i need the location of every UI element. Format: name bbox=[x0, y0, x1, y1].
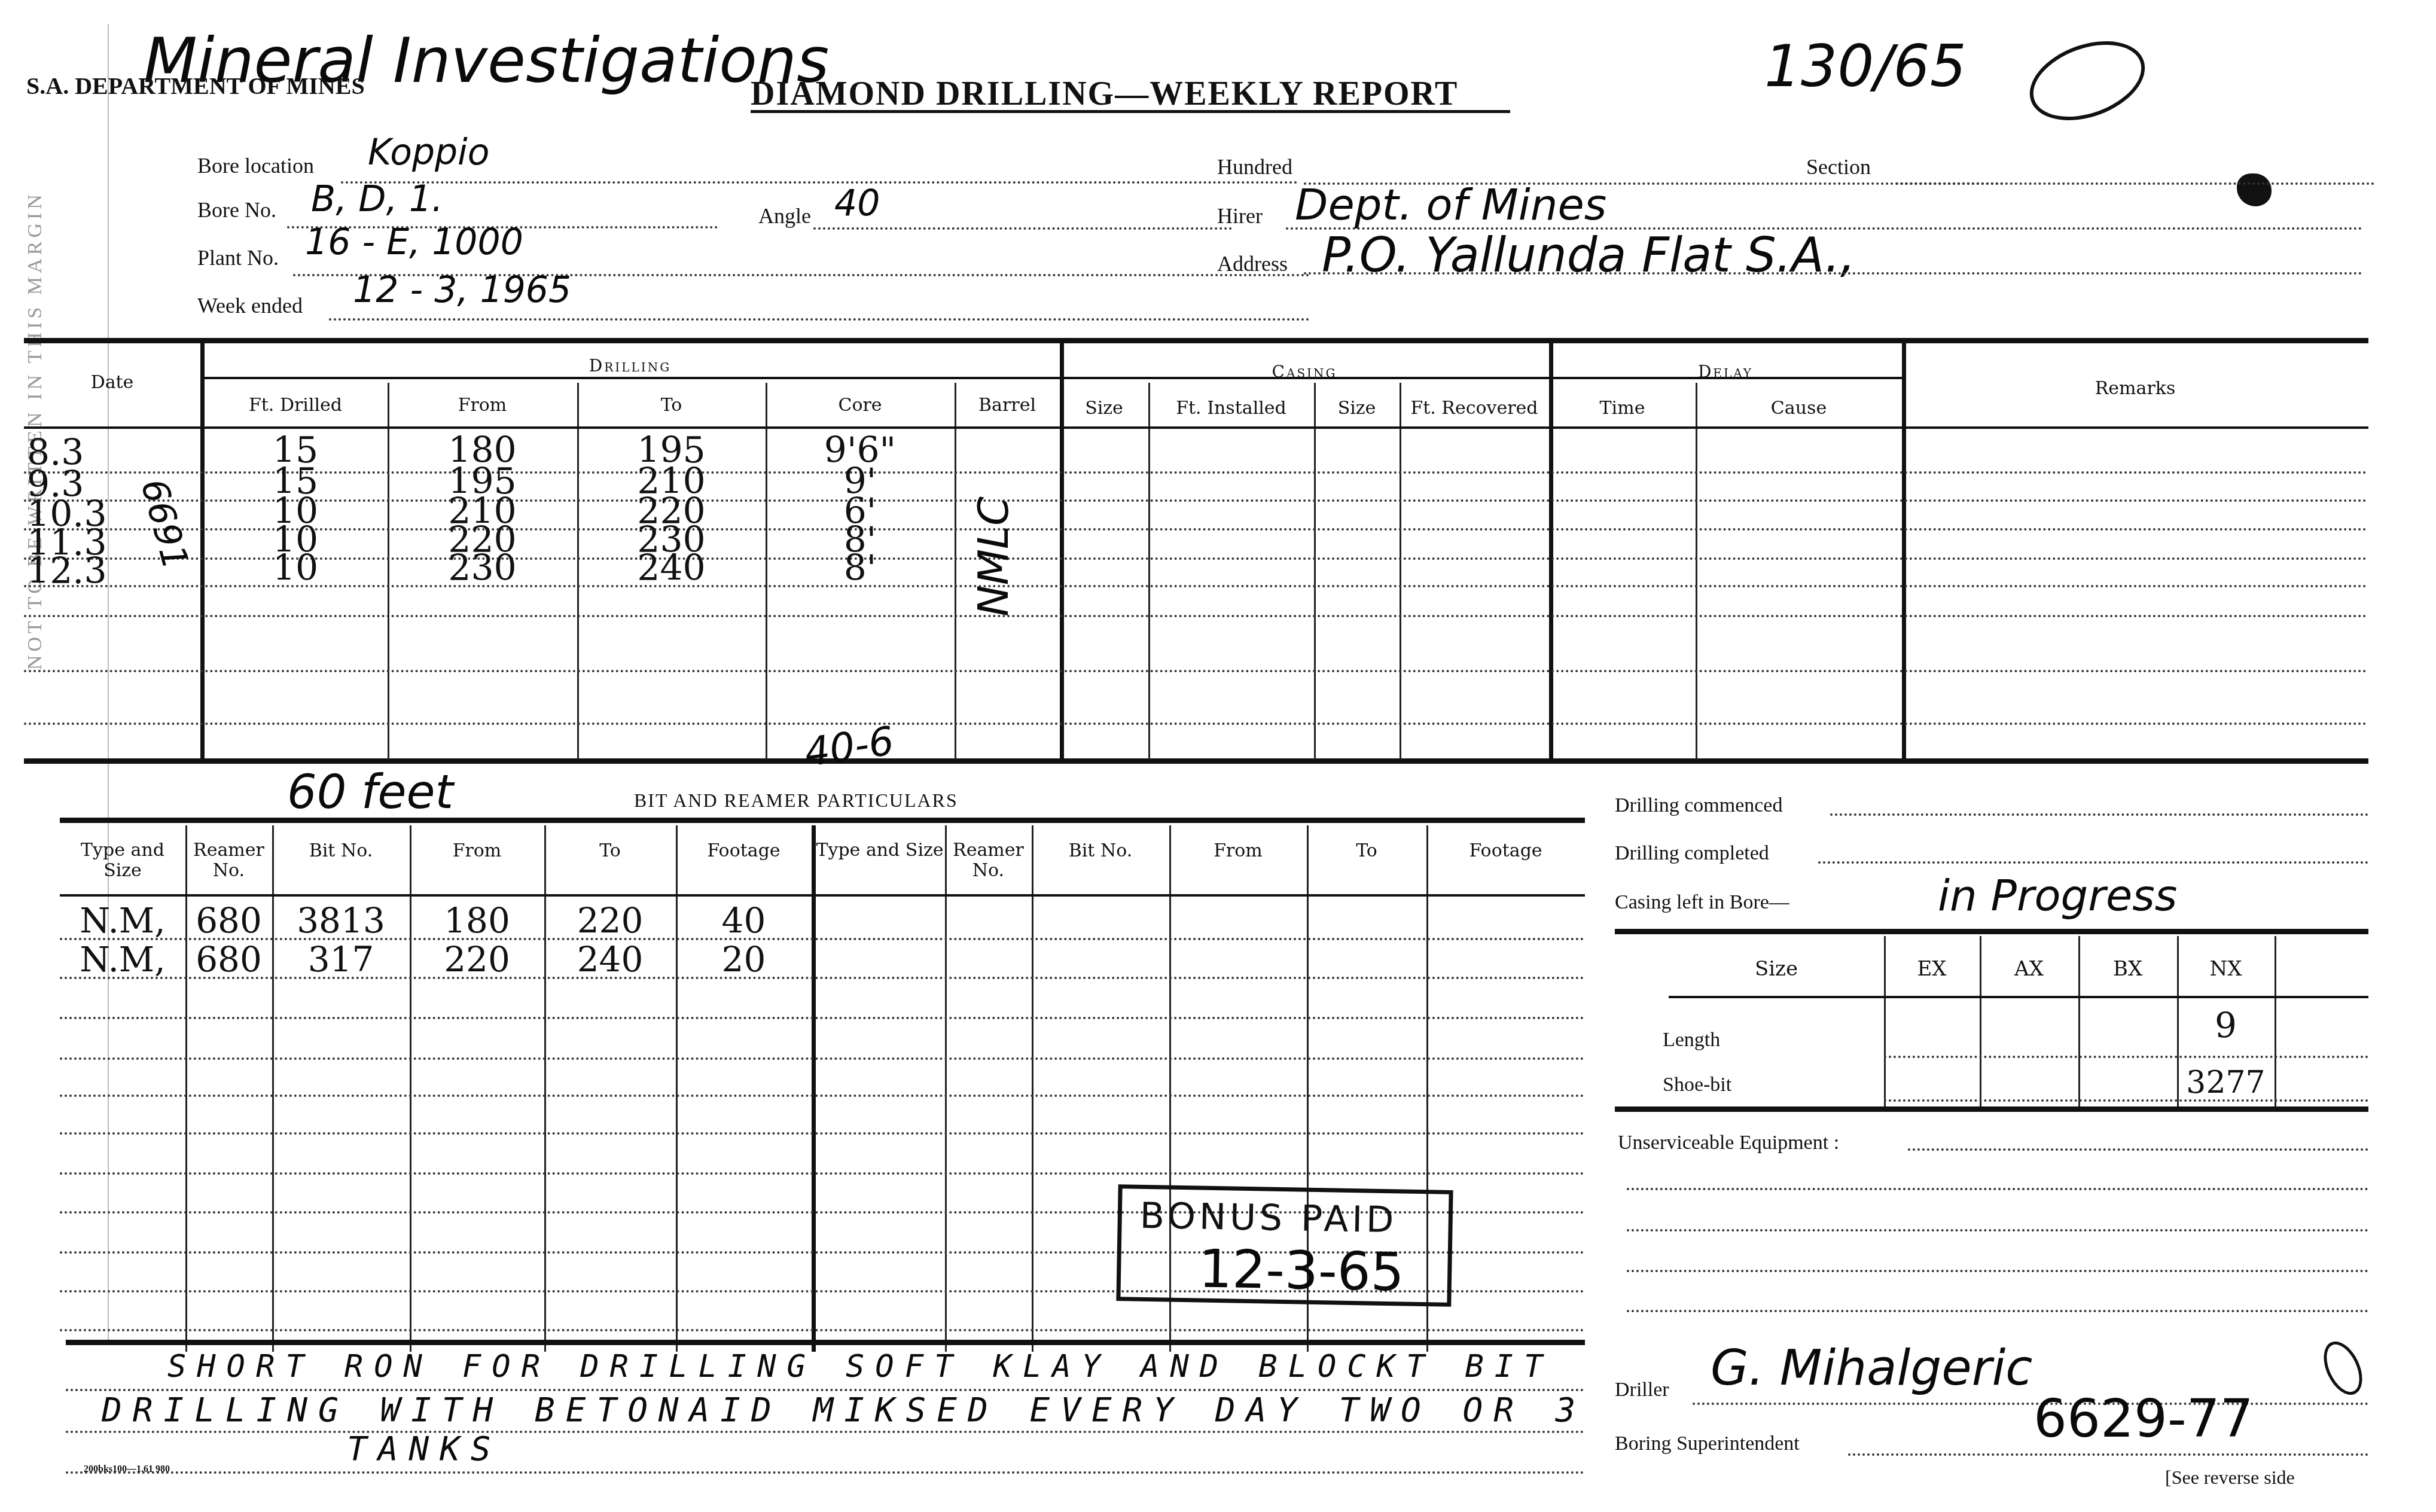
casing-table-top-rule bbox=[1615, 929, 2368, 934]
br-cell-type-size[interactable]: N.M, bbox=[60, 900, 185, 941]
see-reverse-side: [See reverse side bbox=[2165, 1467, 2295, 1489]
br-cell-to[interactable]: 240 bbox=[544, 939, 676, 980]
group-drilling: Drilling bbox=[200, 356, 1060, 376]
hirer-label: Hirer bbox=[1217, 203, 1263, 228]
driller-signature[interactable]: G. Mihalgeric bbox=[1711, 1340, 2032, 1397]
remarks-line-3[interactable]: TANKS bbox=[347, 1429, 502, 1468]
hundred-label: Hundred bbox=[1217, 154, 1292, 179]
department-name: S.A. DEPARTMENT OF MINES bbox=[26, 72, 365, 100]
section-label: Section bbox=[1806, 154, 1871, 179]
col-casing-size-2: Size bbox=[1314, 398, 1400, 419]
col-from: From bbox=[388, 395, 577, 416]
bonus-paid-stamp: BONUS PAID 12-3-65 bbox=[1116, 1184, 1453, 1307]
br-cell-footage[interactable]: 20 bbox=[676, 939, 812, 980]
form-title: DIAMOND DRILLING—WEEKLY REPORT bbox=[751, 75, 1458, 113]
casing-size-label: Size bbox=[1669, 957, 1884, 981]
core-total[interactable]: 40-6 bbox=[801, 718, 897, 776]
br-col-to-2: To bbox=[1307, 840, 1426, 861]
col-delay-cause: Cause bbox=[1696, 398, 1902, 419]
col-date: Date bbox=[24, 372, 200, 393]
casing-table-bottom-rule bbox=[1615, 1106, 2368, 1112]
driller-line bbox=[1693, 1403, 2368, 1405]
drilling-table-top-rule bbox=[24, 338, 2368, 343]
address-label: Address bbox=[1217, 251, 1288, 276]
br-cell-from[interactable]: 220 bbox=[410, 939, 544, 980]
stamp-line-1: BONUS PAID bbox=[1139, 1195, 1398, 1242]
angle-label: Angle bbox=[758, 203, 811, 228]
bore-no-value[interactable]: B, D, 1. bbox=[311, 178, 443, 220]
section-line bbox=[1896, 182, 2374, 185]
br-col-footage: Footage bbox=[676, 840, 812, 861]
br-cell-footage[interactable]: 40 bbox=[676, 900, 812, 941]
br-cell-reamer-no[interactable]: 680 bbox=[185, 900, 272, 941]
bore-no-label: Bore No. bbox=[197, 197, 276, 222]
col-to: To bbox=[577, 395, 766, 416]
angle-line bbox=[813, 227, 1232, 230]
remarks-top-rule bbox=[66, 1340, 1585, 1345]
week-ended-label: Week ended bbox=[197, 293, 303, 318]
superintendent-value[interactable]: 6629-77 bbox=[2033, 1388, 2254, 1449]
shoe-bit-nx-value[interactable]: 3277 bbox=[2177, 1065, 2275, 1101]
br-col-bit-no-2: Bit No. bbox=[1032, 840, 1169, 861]
col-ft-installed: Ft. Installed bbox=[1148, 398, 1314, 419]
br-cell-to[interactable]: 220 bbox=[544, 900, 676, 941]
unserviceable-line-1[interactable] bbox=[1908, 1148, 2368, 1151]
file-number: 130/65 bbox=[1764, 33, 1967, 100]
bore-location-line bbox=[341, 181, 1298, 184]
br-col-type-size: Type and Size bbox=[60, 840, 185, 881]
cell-from[interactable]: 230 bbox=[388, 547, 577, 589]
unserviceable-line-3[interactable] bbox=[1627, 1229, 2368, 1231]
drilling-completed-line[interactable] bbox=[1818, 861, 2368, 864]
superintendent-label: Boring Superintendent bbox=[1615, 1432, 1800, 1455]
hirer-value[interactable]: Dept. of Mines bbox=[1295, 179, 1606, 230]
br-cell-bit-no[interactable]: 317 bbox=[272, 939, 410, 980]
br-cell-type-size[interactable]: N.M, bbox=[60, 939, 185, 980]
plant-no-label: Plant No. bbox=[197, 245, 279, 270]
remarks-line-2[interactable]: DRILLING WITH BETONAID MIKSED EVERY DAY … bbox=[102, 1391, 1586, 1429]
address-line bbox=[1304, 272, 2362, 275]
drilling-commenced-line[interactable] bbox=[1830, 813, 2368, 816]
col-remarks: Remarks bbox=[1902, 378, 2368, 399]
ink-blot bbox=[2237, 173, 2272, 206]
col-ft-recovered: Ft. Recovered bbox=[1400, 398, 1549, 419]
col-core: Core bbox=[766, 395, 955, 416]
unserviceable-line-5[interactable] bbox=[1627, 1310, 2368, 1312]
margin-guide-line bbox=[108, 24, 109, 1340]
cell-to[interactable]: 240 bbox=[577, 547, 766, 589]
length-label: Length bbox=[1663, 1029, 1720, 1051]
shoe-bit-label: Shoe-bit bbox=[1663, 1074, 1731, 1096]
br-cell-from[interactable]: 180 bbox=[410, 900, 544, 941]
ft-drilled-total[interactable]: 60 feet bbox=[287, 766, 453, 819]
week-ended-value[interactable]: 12 - 3, 1965 bbox=[353, 269, 571, 311]
unserviceable-label: Unserviceable Equipment : bbox=[1618, 1132, 1839, 1154]
address-value[interactable]: P.O. Yallunda Flat S.A., bbox=[1322, 227, 1855, 283]
br-col-to: To bbox=[544, 840, 676, 861]
plant-no-value[interactable]: 16 - E, 1000 bbox=[305, 221, 523, 263]
br-cell-reamer-no[interactable]: 680 bbox=[185, 939, 272, 980]
br-col-from-2: From bbox=[1169, 840, 1307, 861]
casing-size-bx: BX bbox=[2078, 957, 2177, 981]
barrel-vertical-note: NMLC bbox=[969, 496, 1018, 617]
br-col-from: From bbox=[410, 840, 544, 861]
casing-left-value[interactable]: in Progress bbox=[1938, 870, 2177, 920]
superintendent-line bbox=[1848, 1453, 2368, 1456]
bit-reamer-title: BIT AND REAMER PARTICULARS bbox=[634, 789, 958, 812]
stamp-line-2: 12-3-65 bbox=[1198, 1238, 1404, 1303]
unserviceable-line-4[interactable] bbox=[1627, 1270, 2368, 1272]
casing-size-ax: AX bbox=[1980, 957, 2078, 981]
cell-date[interactable]: 12.3 bbox=[27, 550, 123, 592]
casing-size-ex: EX bbox=[1884, 957, 1980, 981]
week-ended-line bbox=[329, 318, 1310, 321]
angle-value[interactable]: 40 bbox=[834, 182, 880, 224]
bore-location-label: Bore location bbox=[197, 153, 314, 178]
br-col-footage-2: Footage bbox=[1426, 840, 1585, 861]
casing-size-nx: NX bbox=[2177, 957, 2275, 981]
cell-core[interactable]: 8' bbox=[766, 547, 955, 589]
scribble-mark bbox=[2019, 26, 2156, 135]
br-col-type-size-2: Type and Size bbox=[815, 840, 945, 861]
br-cell-bit-no[interactable]: 3813 bbox=[272, 900, 410, 941]
unserviceable-line-2[interactable] bbox=[1627, 1188, 2368, 1190]
col-barrel: Barrel bbox=[955, 395, 1060, 416]
br-col-reamer-no-2: Reamer No. bbox=[945, 840, 1032, 881]
br-col-reamer-no: Reamer No. bbox=[185, 840, 272, 881]
br-col-bit-no: Bit No. bbox=[272, 840, 410, 861]
col-delay-time: Time bbox=[1549, 398, 1696, 419]
drilling-commenced-label: Drilling commenced bbox=[1615, 794, 1782, 817]
print-code: 200bks100—1.61 980 bbox=[84, 1464, 170, 1475]
casing-left-label: Casing left in Bore— bbox=[1615, 891, 1789, 914]
length-nx-value[interactable]: 9 bbox=[2177, 1005, 2275, 1045]
drilling-completed-label: Drilling completed bbox=[1615, 842, 1769, 865]
bore-location-value[interactable]: Koppio bbox=[368, 132, 489, 173]
cell-ft-drilled[interactable]: 10 bbox=[203, 547, 388, 589]
drilling-table-bottom-rule bbox=[24, 758, 2368, 764]
col-casing-size: Size bbox=[1060, 398, 1148, 419]
title-underline bbox=[751, 110, 1510, 113]
remarks-line-1[interactable]: SHORT RON FOR DRILLING SOFT KLAY AND BLO… bbox=[167, 1349, 1553, 1385]
driller-label: Driller bbox=[1615, 1379, 1669, 1401]
bit-reamer-top-rule bbox=[60, 818, 1585, 823]
col-ft-drilled: Ft. Drilled bbox=[203, 395, 388, 416]
initials-mark bbox=[2316, 1336, 2370, 1401]
